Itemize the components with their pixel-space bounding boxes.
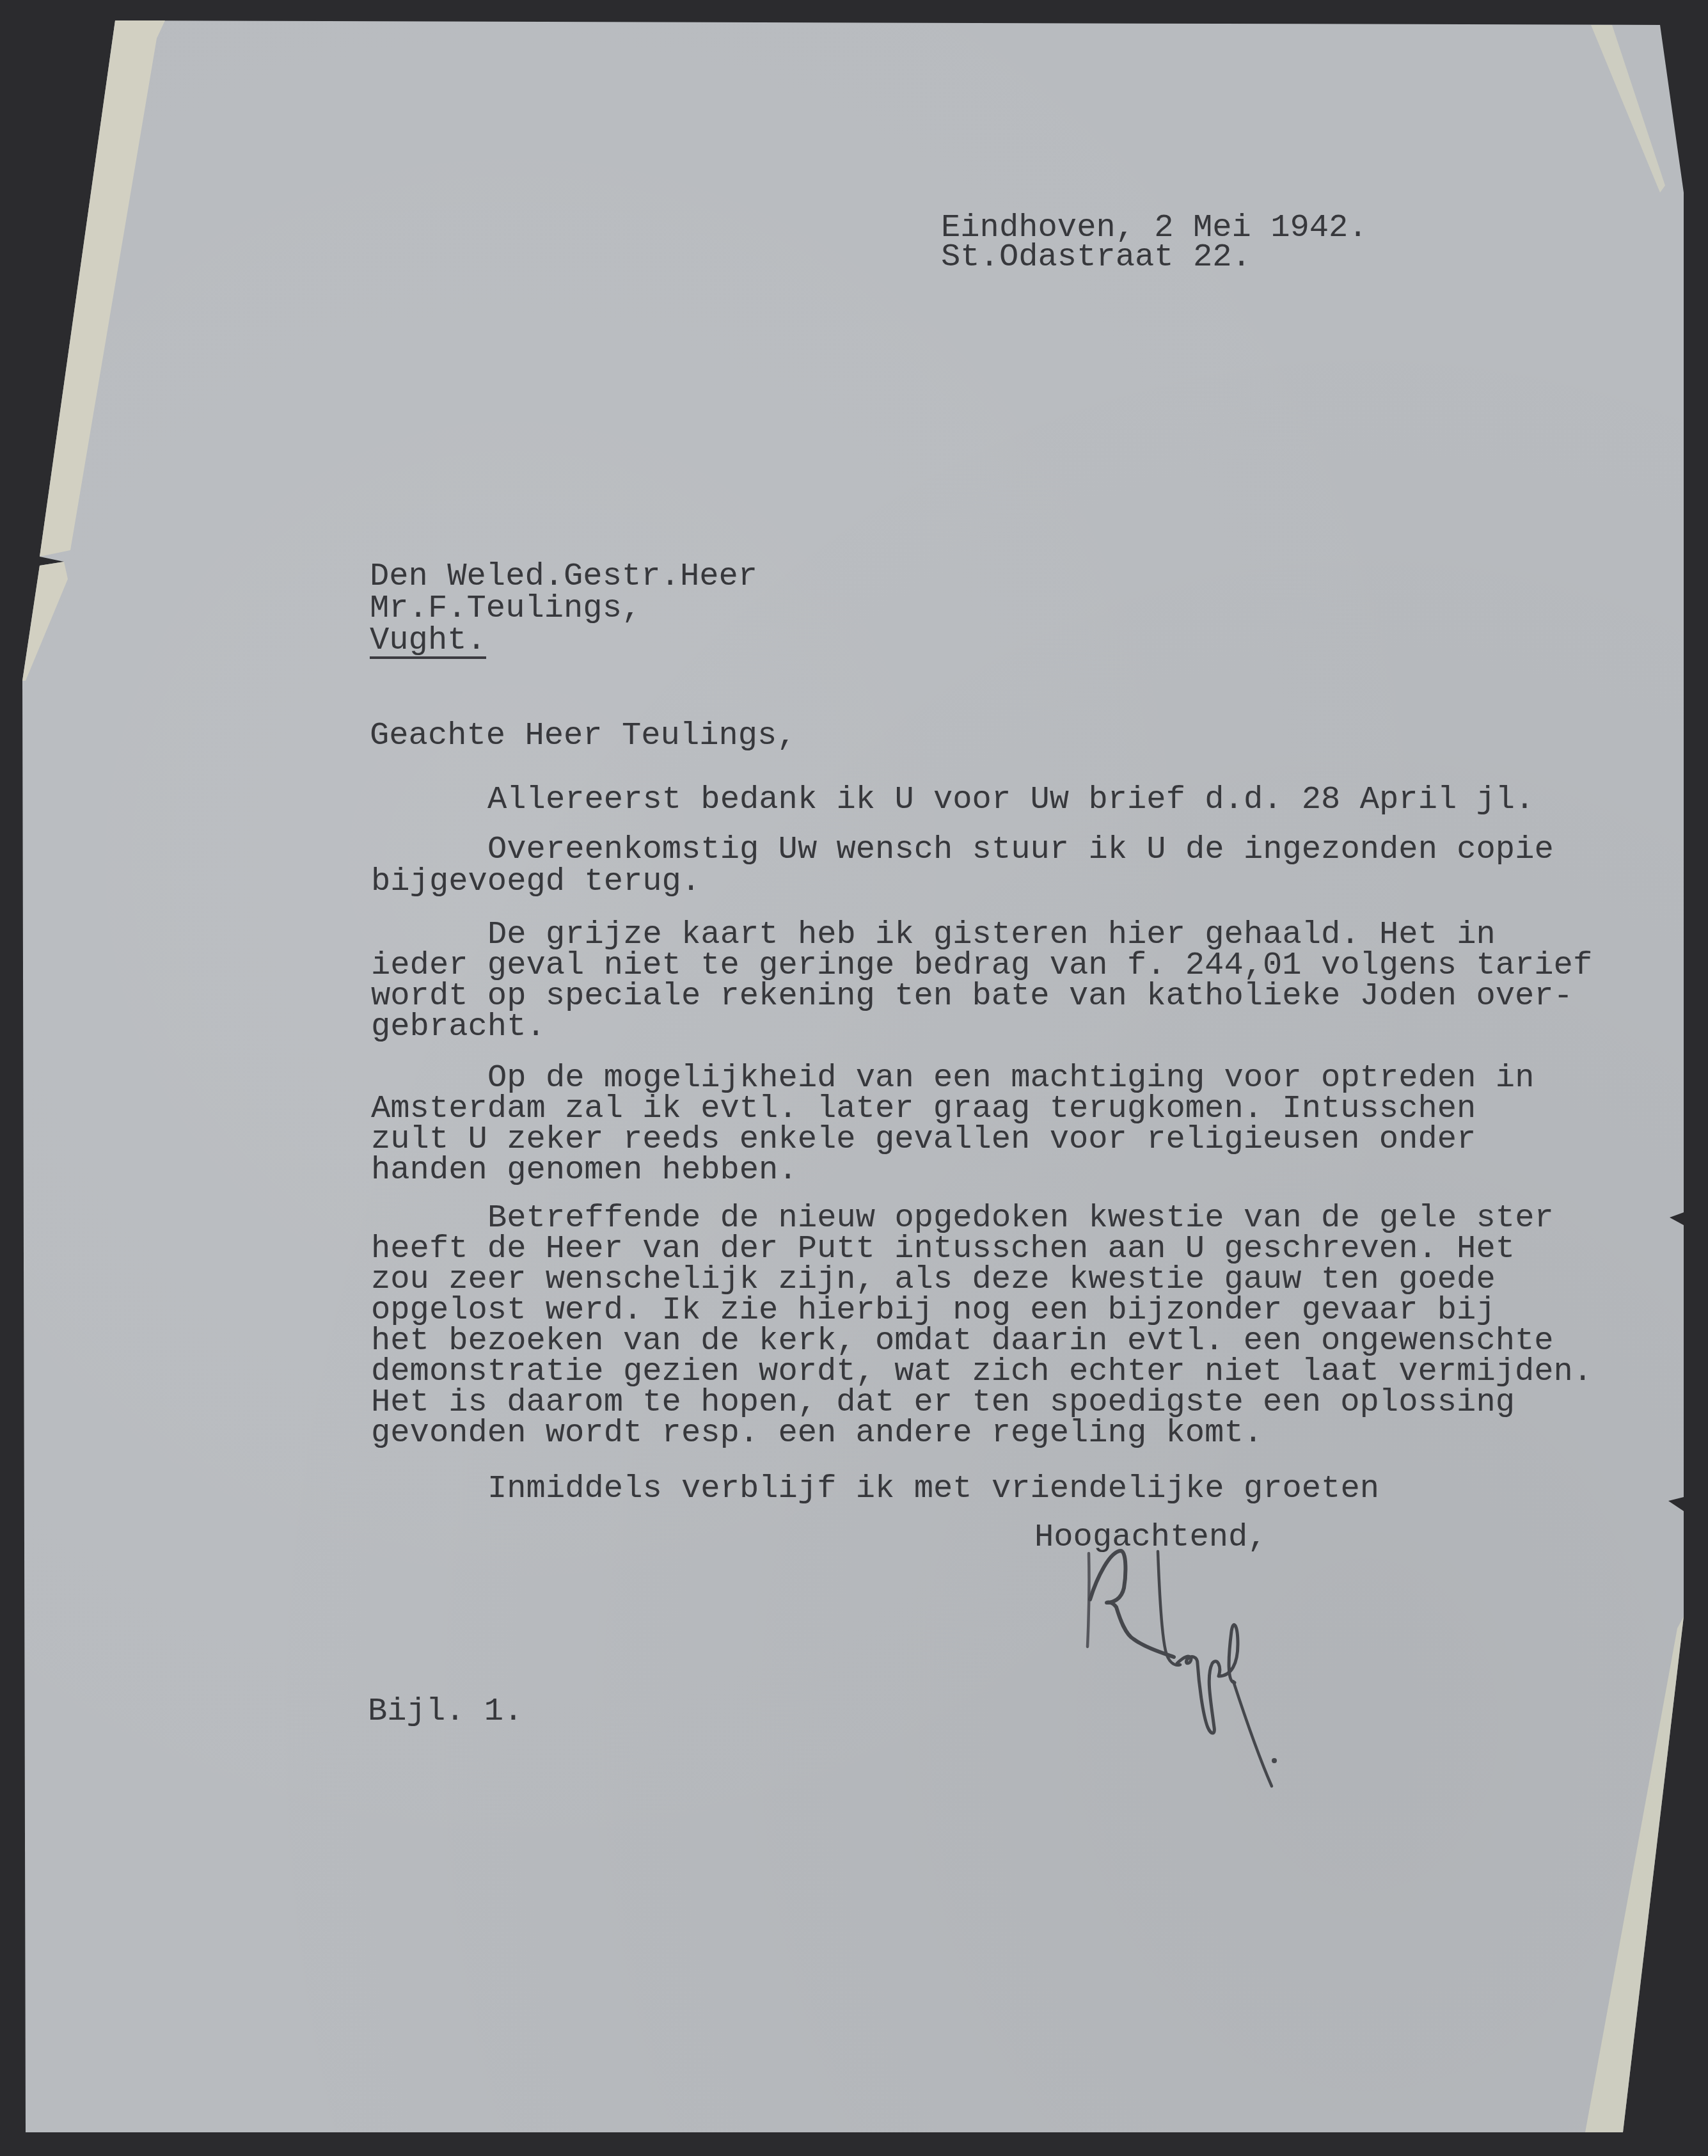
enclosure-note: Bijl. 1.	[368, 1697, 523, 1727]
enclosure-text: Bijl. 1.	[368, 1697, 523, 1727]
handwritten-signature	[0, 0, 1708, 2156]
